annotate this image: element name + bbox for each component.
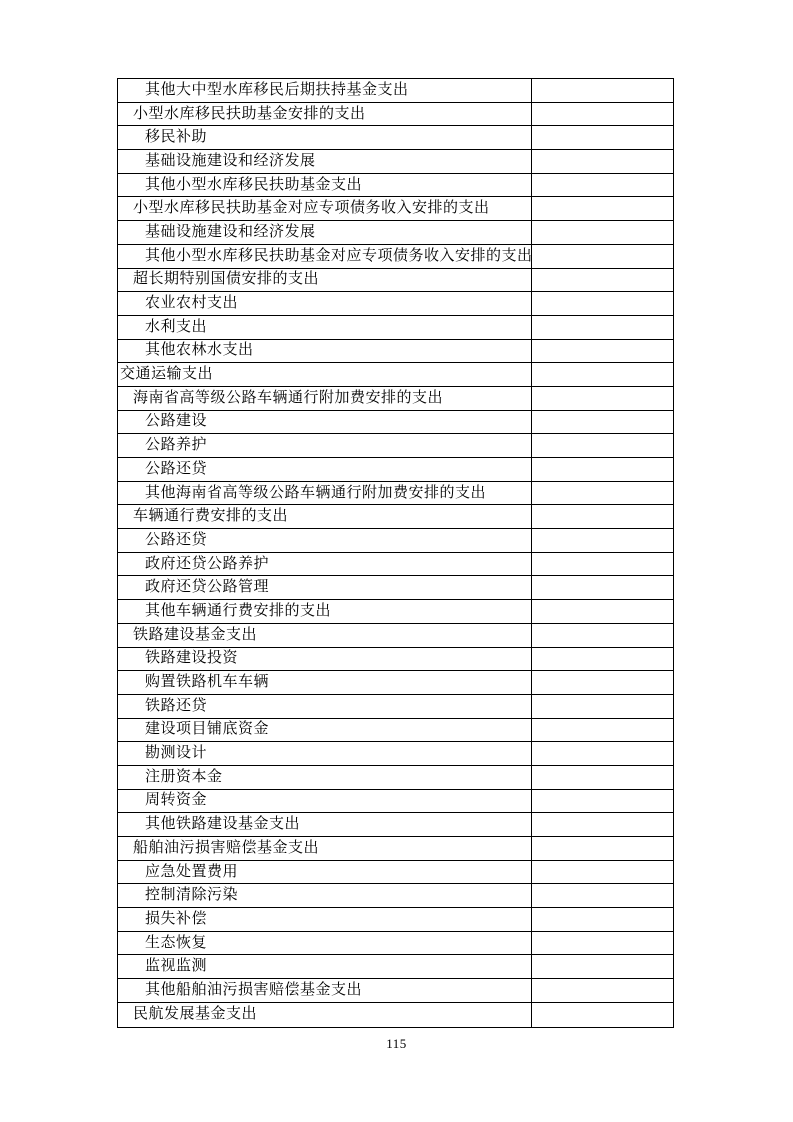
table-row: 公路建设 <box>118 411 673 435</box>
item-label-cell: 小型水库移民扶助基金对应专项债务收入安排的支出 <box>118 197 532 220</box>
item-value-cell <box>532 766 673 789</box>
table-row: 基础设施建设和经济发展 <box>118 150 673 174</box>
table-row: 小型水库移民扶助基金对应专项债务收入安排的支出 <box>118 197 673 221</box>
item-value-cell <box>532 553 673 576</box>
item-label-cell: 铁路建设基金支出 <box>118 624 532 647</box>
table-row: 控制清除污染 <box>118 884 673 908</box>
item-value-cell <box>532 221 673 244</box>
item-label-cell: 注册资本金 <box>118 766 532 789</box>
item-label-cell: 政府还贷公路管理 <box>118 576 532 599</box>
table-row: 其他小型水库移民扶助基金对应专项债务收入安排的支出 <box>118 245 673 269</box>
table-row: 生态恢复 <box>118 932 673 956</box>
document-page: 其他大中型水库移民后期扶持基金支出小型水库移民扶助基金安排的支出移民补助基础设施… <box>0 0 793 1122</box>
item-value-cell <box>532 529 673 552</box>
item-label-cell: 其他海南省高等级公路车辆通行附加费安排的支出 <box>118 482 532 505</box>
table-row: 公路还贷 <box>118 458 673 482</box>
item-label-cell: 勘测设计 <box>118 742 532 765</box>
item-label-cell: 公路还贷 <box>118 529 532 552</box>
item-label-cell: 应急处置费用 <box>118 861 532 884</box>
item-label-cell: 政府还贷公路养护 <box>118 553 532 576</box>
item-value-cell <box>532 103 673 126</box>
item-label-cell: 公路养护 <box>118 434 532 457</box>
table-row: 损失补偿 <box>118 908 673 932</box>
item-value-cell <box>532 908 673 931</box>
item-label-cell: 其他铁路建设基金支出 <box>118 813 532 836</box>
item-label-cell: 超长期特别国债安排的支出 <box>118 269 532 292</box>
table-row: 注册资本金 <box>118 766 673 790</box>
item-value-cell <box>532 505 673 528</box>
item-value-cell <box>532 363 673 386</box>
item-label-cell: 其他农林水支出 <box>118 340 532 363</box>
item-value-cell <box>532 837 673 860</box>
table-row: 船舶油污损害赔偿基金支出 <box>118 837 673 861</box>
table-row: 小型水库移民扶助基金安排的支出 <box>118 103 673 127</box>
item-label-cell: 海南省高等级公路车辆通行附加费安排的支出 <box>118 387 532 410</box>
table-row: 其他铁路建设基金支出 <box>118 813 673 837</box>
item-label-cell: 周转资金 <box>118 790 532 813</box>
table-row: 超长期特别国债安排的支出 <box>118 269 673 293</box>
table-row: 铁路建设投资 <box>118 648 673 672</box>
item-label-cell: 监视监测 <box>118 955 532 978</box>
item-label-cell: 交通运输支出 <box>118 363 532 386</box>
item-label-cell: 公路建设 <box>118 411 532 434</box>
item-value-cell <box>532 695 673 718</box>
table-row: 政府还贷公路管理 <box>118 576 673 600</box>
table-row: 周转资金 <box>118 790 673 814</box>
item-value-cell <box>532 979 673 1002</box>
item-label-cell: 移民补助 <box>118 126 532 149</box>
item-value-cell <box>532 292 673 315</box>
table-row: 公路养护 <box>118 434 673 458</box>
item-label-cell: 铁路建设投资 <box>118 648 532 671</box>
item-value-cell <box>532 79 673 102</box>
item-label-cell: 其他小型水库移民扶助基金对应专项债务收入安排的支出 <box>118 245 532 268</box>
table-row: 海南省高等级公路车辆通行附加费安排的支出 <box>118 387 673 411</box>
item-value-cell <box>532 813 673 836</box>
item-value-cell <box>532 1003 673 1027</box>
table-row: 购置铁路机车车辆 <box>118 671 673 695</box>
item-label-cell: 其他车辆通行费安排的支出 <box>118 600 532 623</box>
table-row: 其他车辆通行费安排的支出 <box>118 600 673 624</box>
item-value-cell <box>532 411 673 434</box>
item-value-cell <box>532 624 673 647</box>
item-label-cell: 船舶油污损害赔偿基金支出 <box>118 837 532 860</box>
table-row: 其他船舶油污损害赔偿基金支出 <box>118 979 673 1003</box>
item-label-cell: 民航发展基金支出 <box>118 1003 532 1027</box>
item-label-cell: 农业农村支出 <box>118 292 532 315</box>
item-value-cell <box>532 576 673 599</box>
table-row: 勘测设计 <box>118 742 673 766</box>
item-value-cell <box>532 600 673 623</box>
table-row: 民航发展基金支出 <box>118 1003 673 1027</box>
budget-table: 其他大中型水库移民后期扶持基金支出小型水库移民扶助基金安排的支出移民补助基础设施… <box>117 78 674 1028</box>
table-row: 公路还贷 <box>118 529 673 553</box>
item-value-cell <box>532 126 673 149</box>
table-row: 其他海南省高等级公路车辆通行附加费安排的支出 <box>118 482 673 506</box>
item-value-cell <box>532 482 673 505</box>
item-value-cell <box>532 932 673 955</box>
table-row: 其他小型水库移民扶助基金支出 <box>118 174 673 198</box>
item-value-cell <box>532 269 673 292</box>
item-label-cell: 其他小型水库移民扶助基金支出 <box>118 174 532 197</box>
item-value-cell <box>532 245 673 268</box>
item-value-cell <box>532 719 673 742</box>
item-label-cell: 其他大中型水库移民后期扶持基金支出 <box>118 79 532 102</box>
table-row: 其他大中型水库移民后期扶持基金支出 <box>118 79 673 103</box>
item-value-cell <box>532 434 673 457</box>
table-row: 基础设施建设和经济发展 <box>118 221 673 245</box>
item-value-cell <box>532 340 673 363</box>
item-value-cell <box>532 790 673 813</box>
item-value-cell <box>532 458 673 481</box>
item-value-cell <box>532 316 673 339</box>
table-row: 车辆通行费安排的支出 <box>118 505 673 529</box>
item-label-cell: 其他船舶油污损害赔偿基金支出 <box>118 979 532 1002</box>
item-value-cell <box>532 955 673 978</box>
table-row: 移民补助 <box>118 126 673 150</box>
item-label-cell: 水利支出 <box>118 316 532 339</box>
table-row: 建设项目铺底资金 <box>118 719 673 743</box>
item-value-cell <box>532 387 673 410</box>
table-row: 应急处置费用 <box>118 861 673 885</box>
item-label-cell: 基础设施建设和经济发展 <box>118 221 532 244</box>
table-row: 监视监测 <box>118 955 673 979</box>
item-value-cell <box>532 884 673 907</box>
table-row: 铁路还贷 <box>118 695 673 719</box>
table-row: 农业农村支出 <box>118 292 673 316</box>
table-row: 政府还贷公路养护 <box>118 553 673 577</box>
item-label-cell: 铁路还贷 <box>118 695 532 718</box>
table-row: 铁路建设基金支出 <box>118 624 673 648</box>
item-label-cell: 购置铁路机车车辆 <box>118 671 532 694</box>
item-label-cell: 控制清除污染 <box>118 884 532 907</box>
page-number: 115 <box>0 1036 793 1052</box>
item-label-cell: 公路还贷 <box>118 458 532 481</box>
item-value-cell <box>532 150 673 173</box>
item-value-cell <box>532 742 673 765</box>
table-row: 水利支出 <box>118 316 673 340</box>
item-label-cell: 损失补偿 <box>118 908 532 931</box>
item-label-cell: 小型水库移民扶助基金安排的支出 <box>118 103 532 126</box>
item-value-cell <box>532 648 673 671</box>
item-label-cell: 车辆通行费安排的支出 <box>118 505 532 528</box>
item-value-cell <box>532 174 673 197</box>
item-label-cell: 基础设施建设和经济发展 <box>118 150 532 173</box>
item-value-cell <box>532 197 673 220</box>
item-value-cell <box>532 671 673 694</box>
item-label-cell: 生态恢复 <box>118 932 532 955</box>
table-row: 其他农林水支出 <box>118 340 673 364</box>
table-row: 交通运输支出 <box>118 363 673 387</box>
item-label-cell: 建设项目铺底资金 <box>118 719 532 742</box>
item-value-cell <box>532 861 673 884</box>
